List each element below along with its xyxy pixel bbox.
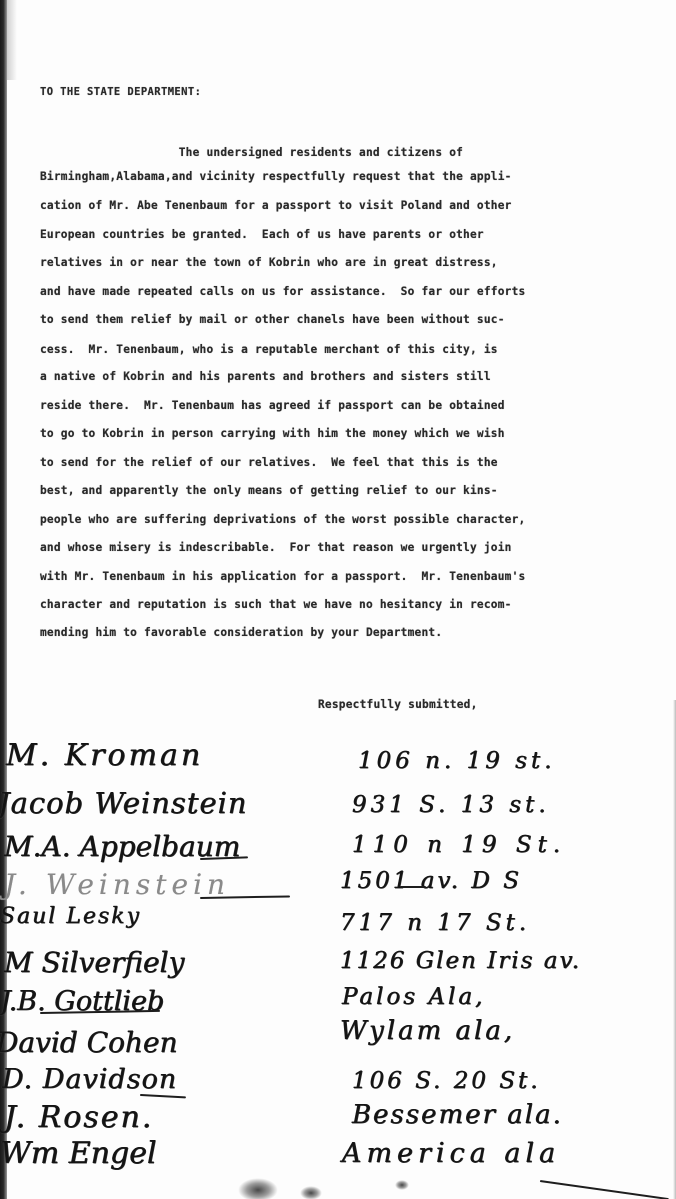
scan-left-border — [0, 0, 7, 1199]
scan-smudge — [395, 1180, 409, 1190]
scan-edge-shadow — [7, 0, 17, 80]
body-line: relatives in or near the town of Kobrin … — [40, 256, 498, 269]
signature-name: J. Weinstein — [4, 868, 230, 901]
body-line: to send for the relief of our relatives.… — [40, 456, 498, 469]
body-line: mending him to favorable consideration b… — [40, 626, 442, 639]
body-line: cation of Mr. Abe Tenenbaum for a passpo… — [40, 199, 512, 212]
signature-address: 717 n 17 St. — [340, 910, 530, 936]
body-line: a native of Kobrin and his parents and b… — [40, 370, 491, 383]
body-line: character and reputation is such that we… — [40, 598, 512, 611]
body-line: best, and apparently the only means of g… — [40, 484, 498, 497]
signature-address: 106 n. 19 st. — [358, 748, 556, 774]
document-page: TO THE STATE DEPARTMENT: The undersigned… — [0, 0, 676, 1199]
signature-flourish — [200, 895, 290, 898]
scan-smudge — [300, 1186, 322, 1199]
body-line: and have made repeated calls on us for a… — [40, 285, 525, 298]
body-line: to send them relief by mail or other cha… — [40, 313, 505, 326]
body-line: cess. Mr. Tenenbaum, who is a reputable … — [40, 343, 498, 356]
signature-flourish — [140, 1094, 186, 1098]
signature-name: Wm Engel — [0, 1136, 157, 1171]
signature-address: Bessemer ala. — [352, 1100, 563, 1130]
signature-address: 1126 Glen Iris av. — [340, 948, 581, 974]
signature-name: M. Kroman — [6, 738, 203, 773]
salutation: TO THE STATE DEPARTMENT: — [40, 86, 201, 98]
signature-name: Saul Lesky — [0, 904, 141, 929]
scan-smudge — [238, 1178, 278, 1199]
body-line: reside there. Mr. Tenenbaum has agreed i… — [40, 399, 505, 412]
body-line: people who are suffering deprivations of… — [40, 513, 525, 526]
closing-line: Respectfully submitted, — [318, 698, 478, 711]
signature-flourish — [540, 1180, 669, 1199]
signature-address: 931 S. 13 st. — [352, 792, 550, 818]
body-line: to go to Kobrin in person carrying with … — [40, 427, 505, 440]
signature-address: 1501 av. D S — [340, 868, 522, 894]
signature-name: D. Davidson — [2, 1064, 177, 1095]
signature-name: Jacob Weinstein — [0, 786, 248, 820]
signature-address: Wylam ala, — [340, 1016, 515, 1046]
signature-address: Palos Ala, — [342, 984, 485, 1010]
body-line: The undersigned residents and citizens o… — [40, 146, 463, 159]
signature-address: 106 S. 20 St. — [352, 1068, 541, 1094]
signature-name: J. Rosen. — [4, 1100, 153, 1135]
body-line: European countries be granted. Each of u… — [40, 228, 484, 241]
signature-address: 110 n 19 St. — [352, 832, 566, 858]
body-line: and whose misery is indescribable. For t… — [40, 541, 512, 554]
body-line: with Mr. Tenenbaum in his application fo… — [40, 570, 525, 583]
signature-name: David Cohen — [0, 1026, 178, 1059]
signature-address: America ala — [342, 1138, 560, 1169]
signature-name: M Silverfiely — [4, 946, 184, 979]
address-strikethrough — [400, 886, 426, 888]
body-line: Birmingham,Alabama,and vicinity respectf… — [40, 170, 512, 183]
